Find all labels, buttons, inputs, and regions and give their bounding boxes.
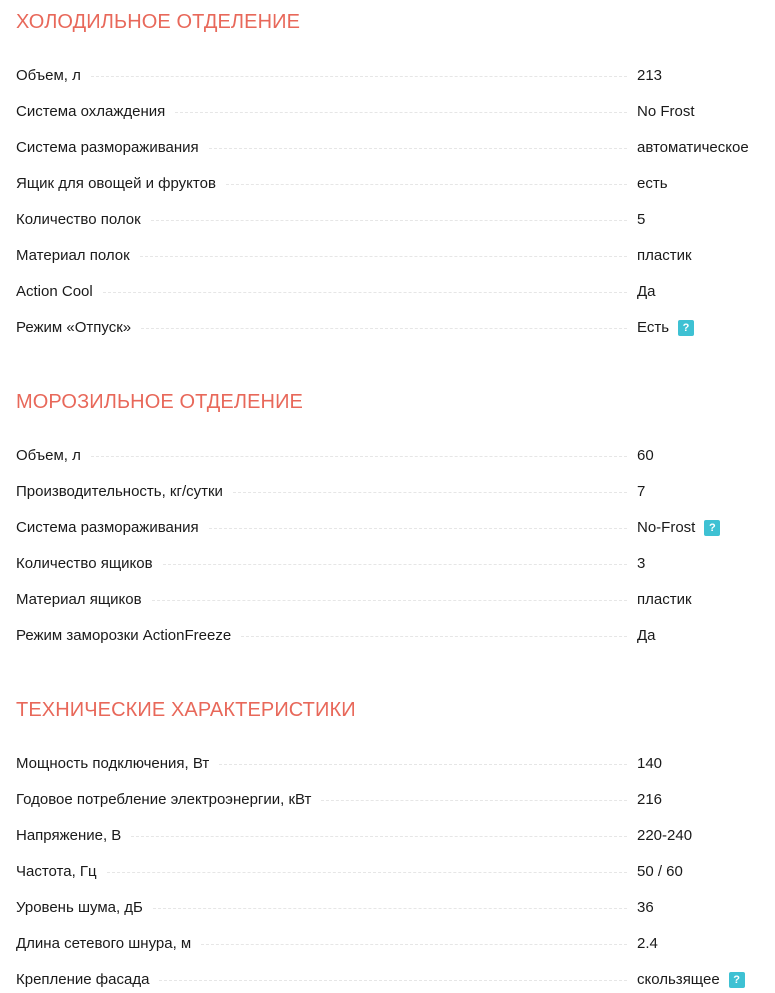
spec-label: Длина сетевого шнура, м <box>16 926 191 962</box>
spec-value: 60 <box>637 438 654 474</box>
spec-value: 50 / 60 <box>637 854 683 890</box>
spec-row: Объем, л213 <box>16 58 775 94</box>
spec-label: Количество полок <box>16 202 141 238</box>
dotted-leader <box>131 836 627 837</box>
spec-value-cell: 60 <box>637 438 775 474</box>
spec-value-cell: 50 / 60 <box>637 854 775 890</box>
spec-row: Напряжение, В220-240 <box>16 818 775 854</box>
spec-list: Мощность подключения, Вт140Годовое потре… <box>16 746 775 993</box>
dotted-leader <box>103 292 627 293</box>
spec-value-cell: 220-240 <box>637 818 775 854</box>
dotted-leader <box>226 184 627 185</box>
dotted-leader <box>140 256 627 257</box>
spec-value-cell: Да <box>637 618 775 654</box>
dotted-leader <box>159 980 627 981</box>
spec-list: Объем, л60Производительность, кг/сутки7С… <box>16 438 775 654</box>
spec-value-cell: 213 <box>637 58 775 94</box>
spec-label: Мощность подключения, Вт <box>16 746 209 782</box>
help-icon[interactable]: ? <box>704 520 720 536</box>
spec-value: 7 <box>637 474 645 510</box>
spec-value: автоматическое <box>637 130 749 166</box>
spec-label: Система охлаждения <box>16 94 165 130</box>
spec-value: 220-240 <box>637 818 692 854</box>
spec-value-cell: 3 <box>637 546 775 582</box>
spec-label: Материал полок <box>16 238 130 274</box>
help-icon[interactable]: ? <box>678 320 694 336</box>
spec-value: Да <box>637 618 656 654</box>
section-title: ТЕХНИЧЕСКИЕ ХАРАКТЕРИСТИКИ <box>16 688 775 732</box>
dotted-leader <box>152 600 627 601</box>
spec-label: Режим «Отпуск» <box>16 310 131 346</box>
spec-value-cell: No Frost <box>637 94 775 130</box>
spec-value-cell: No-Frost? <box>637 510 775 546</box>
spec-value: 216 <box>637 782 662 818</box>
section-title: ХОЛОДИЛЬНОЕ ОТДЕЛЕНИЕ <box>16 0 775 44</box>
spec-label: Крепление фасада <box>16 962 149 993</box>
spec-row: Система размораживанияавтоматическое <box>16 130 775 166</box>
spec-row: Система охлажденияNo Frost <box>16 94 775 130</box>
spec-value-cell: 36 <box>637 890 775 926</box>
spec-label: Action Cool <box>16 274 93 310</box>
spec-label: Система размораживания <box>16 510 199 546</box>
spec-row: Ящик для овощей и фруктовесть <box>16 166 775 202</box>
dotted-leader <box>175 112 627 113</box>
spec-value: Да <box>637 274 656 310</box>
spec-row: Крепление фасадаскользящее? <box>16 962 775 993</box>
spec-value: 213 <box>637 58 662 94</box>
dotted-leader <box>209 528 627 529</box>
spec-label: Производительность, кг/сутки <box>16 474 223 510</box>
spec-value-cell: пластик <box>637 238 775 274</box>
spec-label: Ящик для овощей и фруктов <box>16 166 216 202</box>
dotted-leader <box>201 944 627 945</box>
spec-value: пластик <box>637 582 692 618</box>
spec-value: 3 <box>637 546 645 582</box>
spec-value: 36 <box>637 890 654 926</box>
spec-label: Режим заморозки ActionFreeze <box>16 618 231 654</box>
spec-value: 2.4 <box>637 926 658 962</box>
specs-page: ХОЛОДИЛЬНОЕ ОТДЕЛЕНИЕ Объем, л213Система… <box>0 0 775 993</box>
spec-value-cell: 2.4 <box>637 926 775 962</box>
spec-value: Есть <box>637 310 669 346</box>
spec-row: Производительность, кг/сутки7 <box>16 474 775 510</box>
spec-label: Годовое потребление электроэнергии, кВт <box>16 782 311 818</box>
spec-value-cell: есть <box>637 166 775 202</box>
spec-value-cell: скользящее? <box>637 962 775 993</box>
section-freezer: МОРОЗИЛЬНОЕ ОТДЕЛЕНИЕ Объем, л60Производ… <box>16 380 775 654</box>
spec-label: Уровень шума, дБ <box>16 890 143 926</box>
dotted-leader <box>153 908 627 909</box>
spec-value-cell: автоматическое <box>637 130 775 166</box>
spec-value: No-Frost <box>637 510 695 546</box>
dotted-leader <box>241 636 627 637</box>
spec-label: Напряжение, В <box>16 818 121 854</box>
spec-value-cell: 140 <box>637 746 775 782</box>
spec-label: Система размораживания <box>16 130 199 166</box>
dotted-leader <box>91 76 627 77</box>
dotted-leader <box>233 492 627 493</box>
spec-list: Объем, л213Система охлажденияNo FrostСис… <box>16 58 775 346</box>
spec-row: Режим «Отпуск»Есть? <box>16 310 775 346</box>
help-icon[interactable]: ? <box>729 972 745 988</box>
spec-row: Годовое потребление электроэнергии, кВт2… <box>16 782 775 818</box>
spec-value-cell: пластик <box>637 582 775 618</box>
dotted-leader <box>209 148 627 149</box>
spec-row: Режим заморозки ActionFreezeДа <box>16 618 775 654</box>
spec-value: пластик <box>637 238 692 274</box>
spec-row: Action CoolДа <box>16 274 775 310</box>
spec-label: Материал ящиков <box>16 582 142 618</box>
spec-value: No Frost <box>637 94 695 130</box>
spec-value: 140 <box>637 746 662 782</box>
spec-value: есть <box>637 166 668 202</box>
spec-label: Частота, Гц <box>16 854 97 890</box>
spec-value-cell: 7 <box>637 474 775 510</box>
spec-value-cell: 5 <box>637 202 775 238</box>
spec-value: скользящее <box>637 962 720 993</box>
section-technical: ТЕХНИЧЕСКИЕ ХАРАКТЕРИСТИКИ Мощность подк… <box>16 688 775 993</box>
spec-row: Материал полокпластик <box>16 238 775 274</box>
spec-value-cell: Да <box>637 274 775 310</box>
spec-row: Количество ящиков3 <box>16 546 775 582</box>
section-title: МОРОЗИЛЬНОЕ ОТДЕЛЕНИЕ <box>16 380 775 424</box>
dotted-leader <box>91 456 627 457</box>
dotted-leader <box>321 800 627 801</box>
spec-value-cell: Есть? <box>637 310 775 346</box>
spec-row: Мощность подключения, Вт140 <box>16 746 775 782</box>
spec-row: Количество полок5 <box>16 202 775 238</box>
spec-row: Частота, Гц50 / 60 <box>16 854 775 890</box>
spec-label: Объем, л <box>16 58 81 94</box>
dotted-leader <box>107 872 627 873</box>
spec-label: Количество ящиков <box>16 546 153 582</box>
dotted-leader <box>219 764 627 765</box>
spec-row: Длина сетевого шнура, м2.4 <box>16 926 775 962</box>
spec-row: Система размораживанияNo-Frost? <box>16 510 775 546</box>
spec-value: 5 <box>637 202 645 238</box>
spec-row: Объем, л60 <box>16 438 775 474</box>
section-fridge: ХОЛОДИЛЬНОЕ ОТДЕЛЕНИЕ Объем, л213Система… <box>16 0 775 346</box>
spec-value-cell: 216 <box>637 782 775 818</box>
dotted-leader <box>141 328 627 329</box>
spec-row: Материал ящиковпластик <box>16 582 775 618</box>
dotted-leader <box>163 564 627 565</box>
spec-label: Объем, л <box>16 438 81 474</box>
spec-row: Уровень шума, дБ36 <box>16 890 775 926</box>
dotted-leader <box>151 220 627 221</box>
